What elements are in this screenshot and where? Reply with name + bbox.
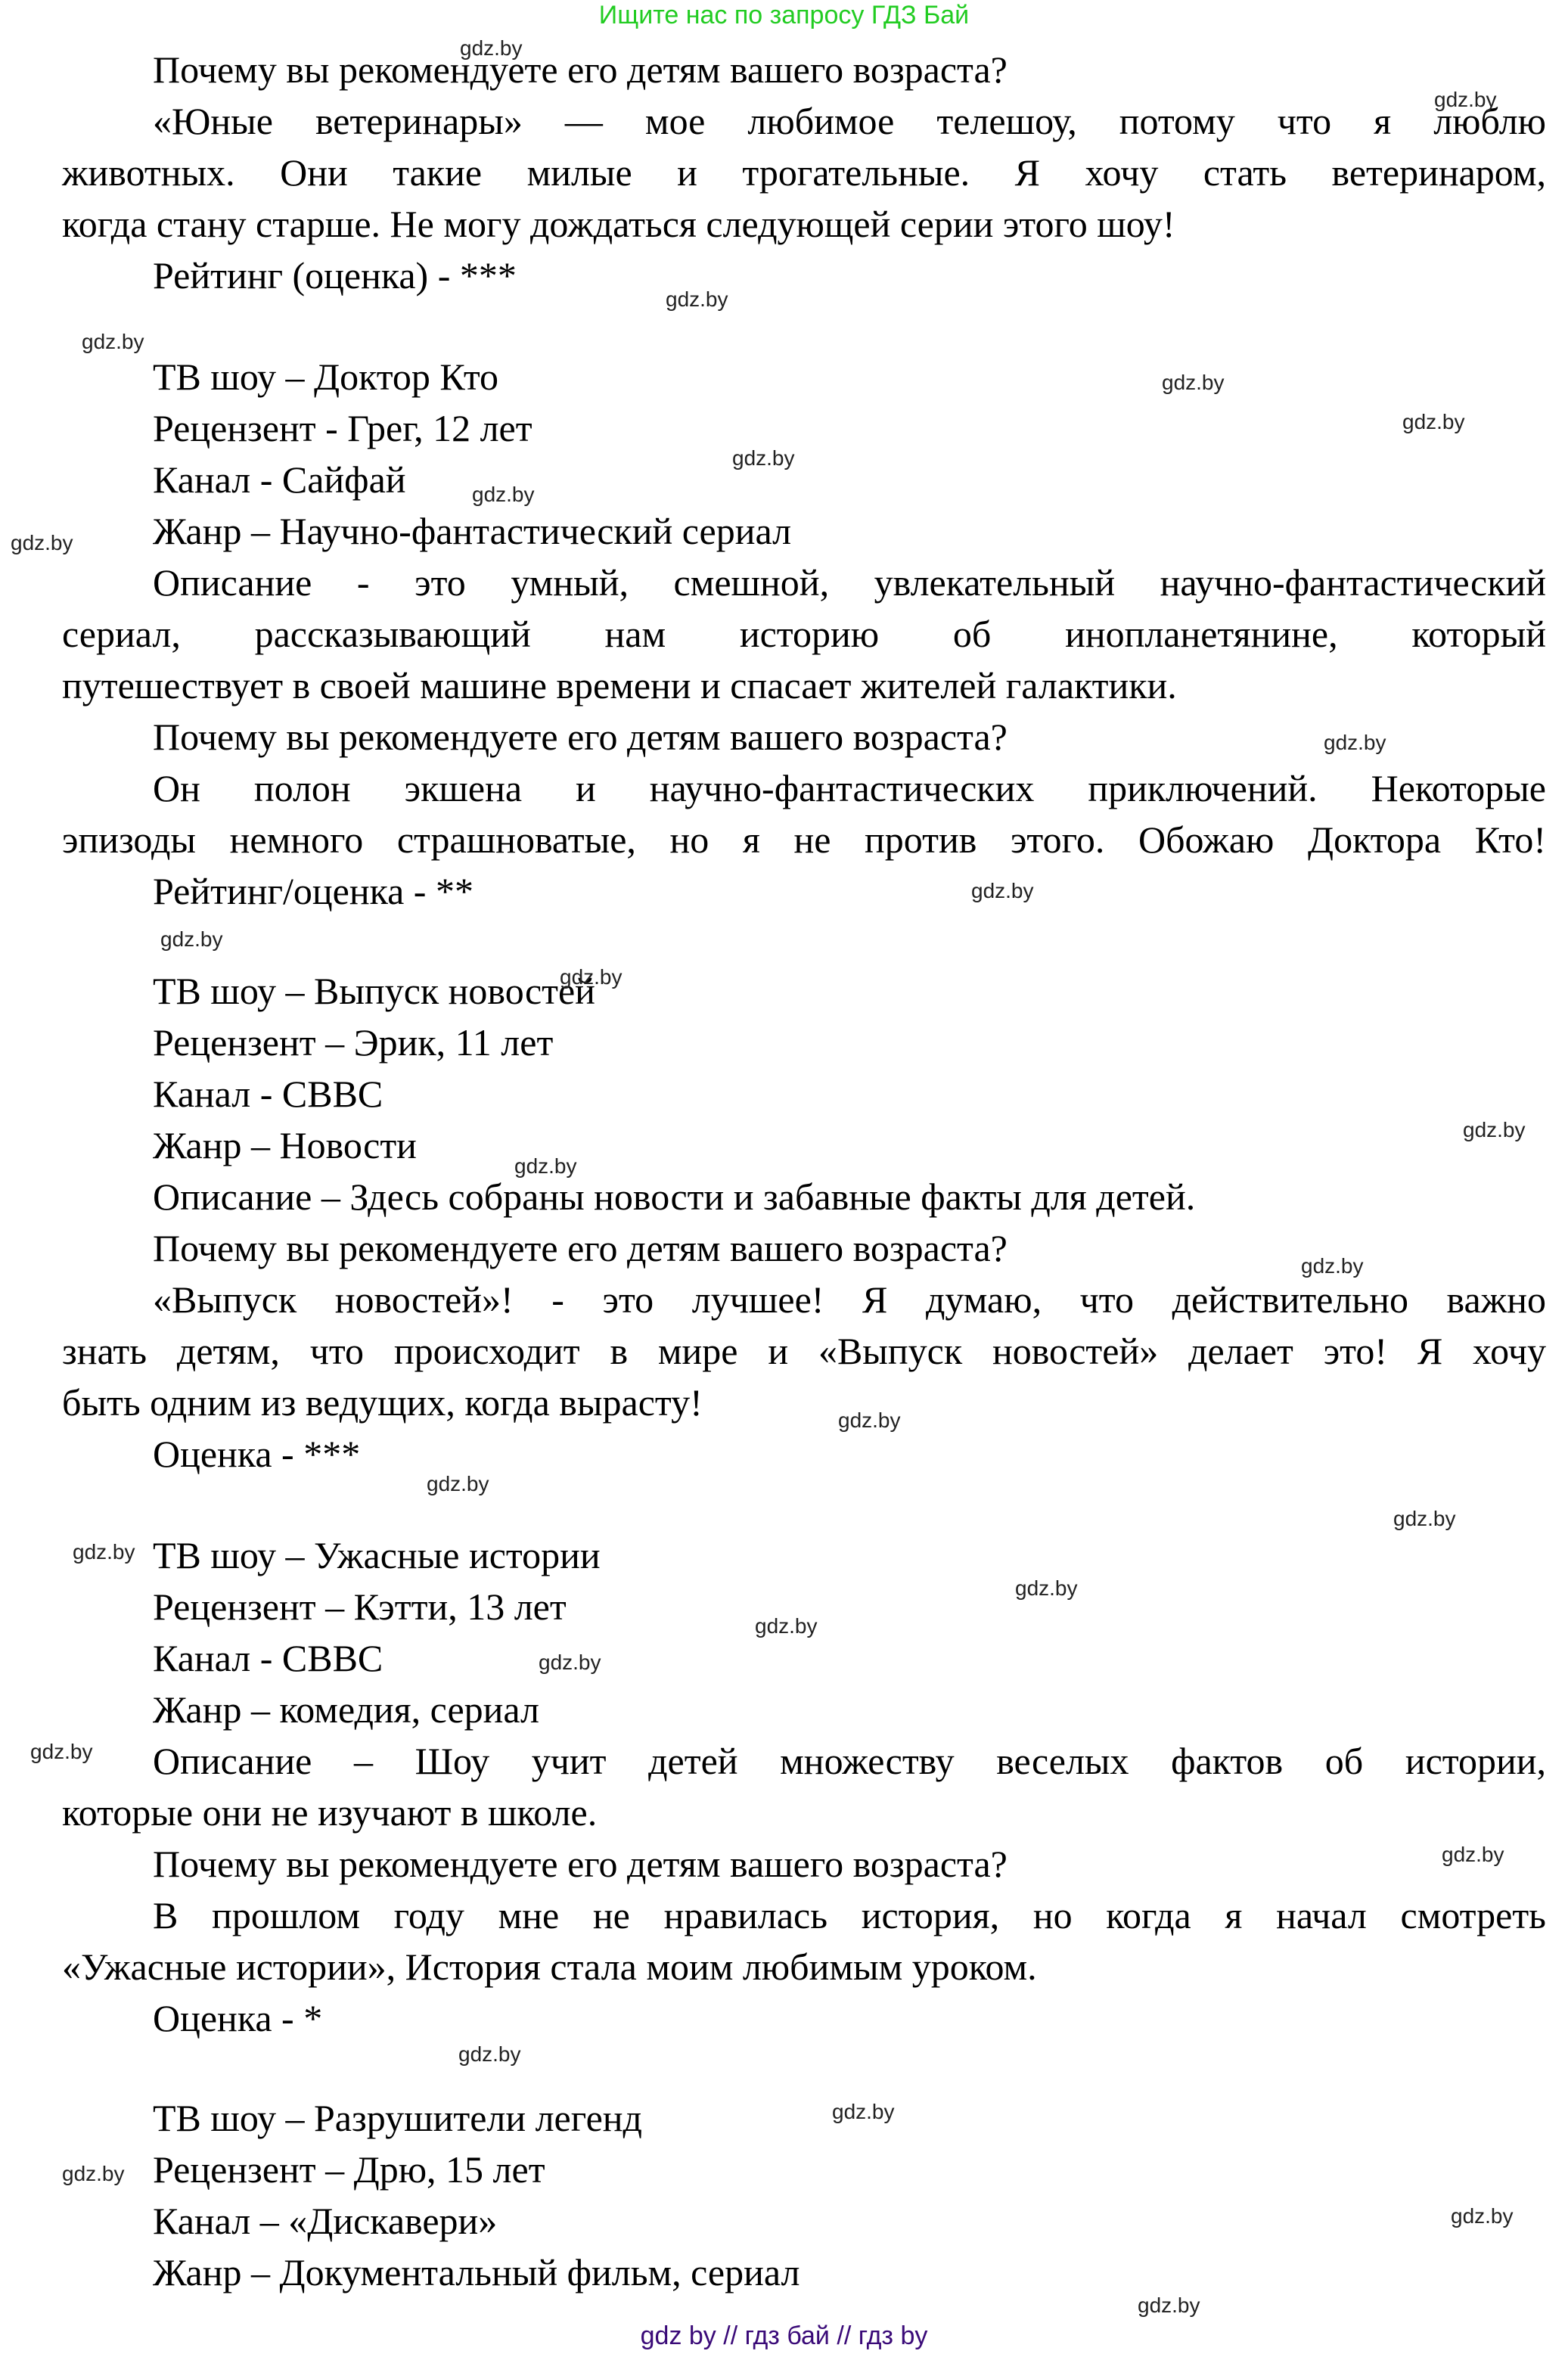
text-line: быть одним из ведущих, когда вырасту! bbox=[62, 1380, 1546, 1425]
text-line: ТВ шоу – Ужасные истории bbox=[153, 1533, 601, 1578]
watermark: gdz.by bbox=[1162, 371, 1225, 395]
text-line: ТВ шоу – Выпуск новостей bbox=[153, 968, 595, 1014]
document-page: Ищите нас по запросу ГДЗ Бай Почему вы р… bbox=[0, 0, 1568, 2354]
watermark: gdz.by bbox=[458, 2042, 521, 2067]
text-line: Жанр – Научно-фантастический сериал bbox=[153, 508, 791, 554]
text-line: Почему вы рекомендуете его детям вашего … bbox=[153, 714, 1008, 759]
watermark: gdz.by bbox=[1324, 731, 1386, 755]
watermark: gdz.by bbox=[514, 1154, 577, 1179]
text-line: Оценка - * bbox=[153, 1995, 322, 2041]
text-line: Канал - CBBC bbox=[153, 1071, 383, 1116]
text-line: Жанр – Новости bbox=[153, 1123, 417, 1168]
watermark: gdz.by bbox=[1442, 1843, 1504, 1867]
watermark: gdz.by bbox=[160, 927, 223, 952]
watermark: gdz.by bbox=[427, 1472, 489, 1496]
text-line: Канал - Сайфай bbox=[153, 457, 406, 502]
text-line: сериал, рассказывающий нам историю об ин… bbox=[62, 611, 1546, 657]
watermark: gdz.by bbox=[1301, 1254, 1364, 1278]
watermark: gdz.by bbox=[62, 2162, 125, 2186]
text-line: Почему вы рекомендуете его детям вашего … bbox=[153, 47, 1008, 92]
text-line: знать детям, что происходит в мире и «Вы… bbox=[62, 1328, 1546, 1374]
watermark: gdz.by bbox=[666, 287, 728, 312]
watermark: gdz.by bbox=[1015, 1576, 1078, 1601]
text-line: Канал – «Дискавери» bbox=[153, 2198, 497, 2244]
text-line: В прошлом году мне не нравилась история,… bbox=[153, 1893, 1546, 1938]
watermark: gdz.by bbox=[838, 1408, 901, 1433]
text-line: Описание – Здесь собраны новости и забав… bbox=[153, 1174, 1195, 1219]
watermark: gdz.by bbox=[1451, 2204, 1514, 2228]
watermark: gdz.by bbox=[971, 879, 1034, 903]
text-line: Описание - это умный, смешной, увлекател… bbox=[153, 560, 1546, 605]
text-line: Оценка - *** bbox=[153, 1431, 360, 1477]
watermark: gdz.by bbox=[1393, 1507, 1456, 1531]
text-line: Он полон экшена и научно-фантастических … bbox=[153, 766, 1546, 811]
text-line: ТВ шоу – Доктор Кто bbox=[153, 354, 498, 399]
watermark: gdz.by bbox=[560, 965, 623, 989]
text-line: Почему вы рекомендуете его детям вашего … bbox=[153, 1841, 1008, 1887]
text-line: эпизоды немного страшноватые, но я не пр… bbox=[62, 817, 1546, 862]
watermark: gdz.by bbox=[1138, 2293, 1200, 2318]
text-line: Рецензент – Эрик, 11 лет bbox=[153, 1020, 553, 1065]
search-banner[interactable]: Ищите нас по запросу ГДЗ Бай bbox=[0, 0, 1568, 30]
text-line: животных. Они такие милые и трогательные… bbox=[62, 150, 1546, 195]
text-line: «Юные ветеринары» — мое любимое телешоу,… bbox=[153, 98, 1546, 144]
watermark: gdz.by bbox=[1463, 1118, 1526, 1142]
watermark: gdz.by bbox=[30, 1740, 93, 1764]
footer-links[interactable]: gdz by // гдз бай // гдз by bbox=[0, 2321, 1568, 2351]
watermark: gdz.by bbox=[82, 330, 144, 354]
text-line: Рецензент – Дрю, 15 лет bbox=[153, 2147, 545, 2192]
text-line: Почему вы рекомендуете его детям вашего … bbox=[153, 1225, 1008, 1271]
text-line: ТВ шоу – Разрушители легенд bbox=[153, 2095, 642, 2141]
text-line: «Ужасные истории», История стала моим лю… bbox=[62, 1944, 1546, 1989]
text-line: Описание – Шоу учит детей множеству весе… bbox=[153, 1738, 1546, 1784]
watermark: gdz.by bbox=[832, 2100, 895, 2124]
text-line: Рецензент - Грег, 12 лет bbox=[153, 405, 532, 451]
watermark: gdz.by bbox=[472, 483, 535, 507]
text-line: Рейтинг (оценка) - *** bbox=[153, 253, 517, 298]
text-line: «Выпуск новостей»! - это лучшее! Я думаю… bbox=[153, 1277, 1546, 1322]
text-line: Жанр – Документальный фильм, сериал bbox=[153, 2250, 800, 2295]
watermark: gdz.by bbox=[755, 1614, 818, 1638]
watermark: gdz.by bbox=[1434, 88, 1497, 112]
text-line: когда стану старше. Не могу дождаться сл… bbox=[62, 201, 1546, 247]
text-line: Канал - CBBC bbox=[153, 1635, 383, 1681]
watermark: gdz.by bbox=[539, 1651, 601, 1675]
text-line: Жанр – комедия, сериал bbox=[153, 1687, 539, 1732]
watermark: gdz.by bbox=[73, 1540, 135, 1564]
text-line: Рецензент – Кэтти, 13 лет bbox=[153, 1584, 567, 1629]
watermark: gdz.by bbox=[11, 531, 73, 555]
text-line: путешествует в своей машине времени и сп… bbox=[62, 663, 1546, 708]
watermark: gdz.by bbox=[460, 36, 523, 61]
text-line: которые они не изучают в школе. bbox=[62, 1790, 1546, 1835]
text-line: Рейтинг/оценка - ** bbox=[153, 868, 474, 914]
watermark: gdz.by bbox=[732, 446, 795, 470]
watermark: gdz.by bbox=[1402, 410, 1465, 434]
